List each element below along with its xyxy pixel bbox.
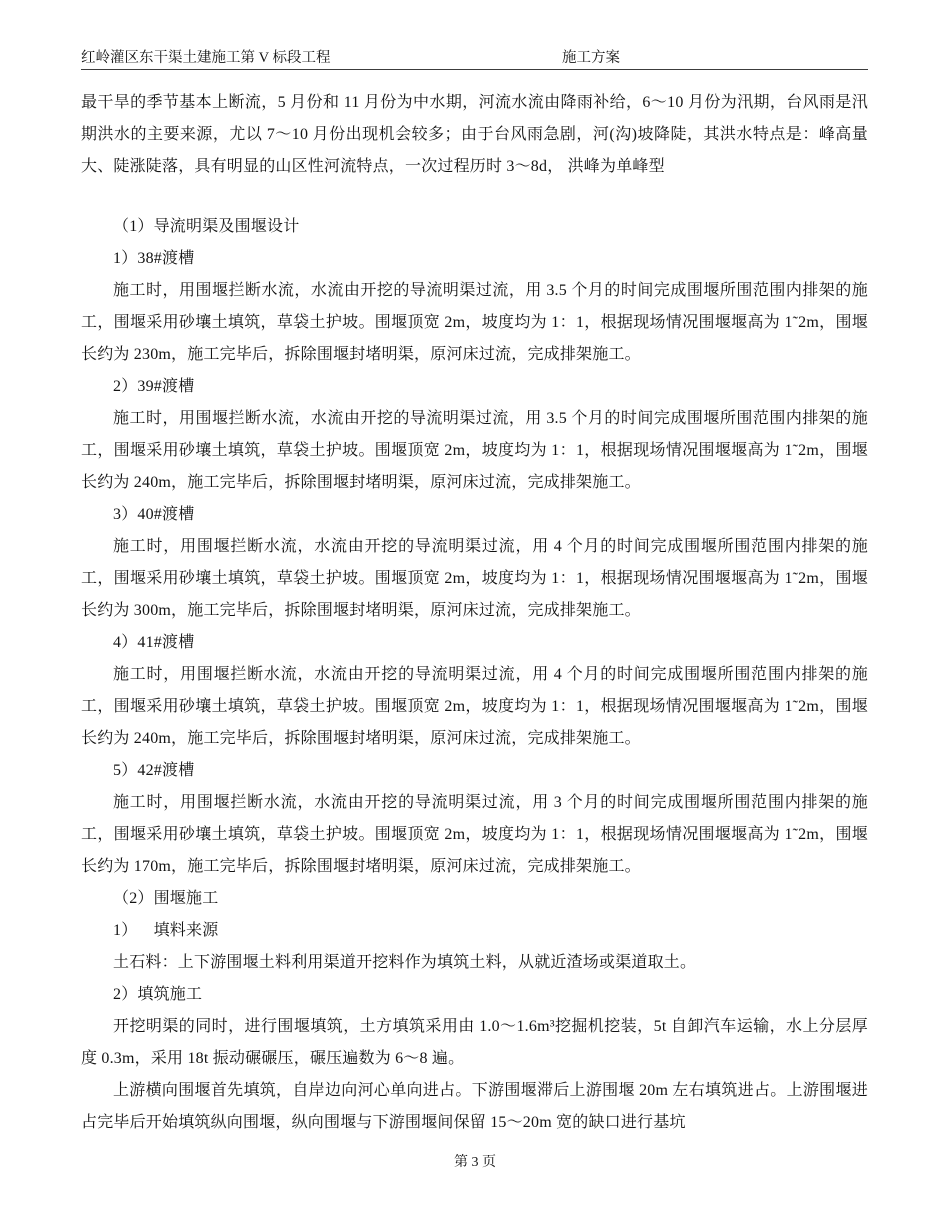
heading-aqueduct-38: 1）38#渡槽 — [81, 243, 868, 275]
page-footer: 第 3 页 — [0, 1151, 950, 1175]
page-number: 第 3 页 — [454, 1155, 496, 1170]
page-header: 红岭灌区东干渠土建施工第 V 标段工程 施工方案 — [81, 44, 868, 70]
heading-aqueduct-41: 4）41#渡槽 — [81, 627, 868, 659]
header-doc-label: 施工方案 — [562, 46, 620, 67]
header-project-title: 红岭灌区东干渠土建施工第 V 标段工程 — [81, 46, 330, 67]
heading-aqueduct-39: 2）39#渡槽 — [81, 371, 868, 403]
paragraph-cofferdam-sequence: 上游横向围堰首先填筑，自岸边向河心单向进占。下游围堰滞后上游围堰 20m 左右填… — [81, 1075, 868, 1139]
paragraph-fill-material-source: 土石料：上下游围堰土料利用渠道开挖料作为填筑土料，从就近渣场或渠道取土。 — [81, 947, 868, 979]
heading-fill-construction: 2）填筑施工 — [81, 979, 868, 1011]
heading-diversion-channel-cofferdam-design: （1）导流明渠及围堰设计 — [81, 211, 868, 243]
heading-aqueduct-42: 5）42#渡槽 — [81, 755, 868, 787]
paragraph-aqueduct-40: 施工时，用围堰拦断水流，水流由开挖的导流明渠过流，用 4 个月的时间完成围堰所围… — [81, 531, 868, 627]
paragraph-fill-construction: 开挖明渠的同时，进行围堰填筑，土方填筑采用由 1.0～1.6m³挖掘机挖装，5t… — [81, 1011, 868, 1075]
heading-aqueduct-40: 3）40#渡槽 — [81, 499, 868, 531]
paragraph-aqueduct-41: 施工时，用围堰拦断水流，水流由开挖的导流明渠过流，用 4 个月的时间完成围堰所围… — [81, 659, 868, 755]
paragraph-aqueduct-42: 施工时，用围堰拦断水流，水流由开挖的导流明渠过流，用 3 个月的时间完成围堰所围… — [81, 787, 868, 883]
heading-fill-material-source: 1） 填料来源 — [81, 915, 868, 947]
paragraph-hydrology-continued: 最干旱的季节基本上断流，5 月份和 11 月份为中水期，河流水流由降雨补给，6～… — [81, 87, 868, 183]
document-page: { "header": { "project_title": "红岭灌区东干渠土… — [0, 0, 950, 1230]
document-body: 最干旱的季节基本上断流，5 月份和 11 月份为中水期，河流水流由降雨补给，6～… — [81, 87, 868, 1139]
paragraph-aqueduct-38: 施工时，用围堰拦断水流，水流由开挖的导流明渠过流，用 3.5 个月的时间完成围堰… — [81, 275, 868, 371]
paragraph-aqueduct-39: 施工时，用围堰拦断水流，水流由开挖的导流明渠过流，用 3.5 个月的时间完成围堰… — [81, 403, 868, 499]
heading-cofferdam-construction: （2）围堰施工 — [81, 883, 868, 915]
